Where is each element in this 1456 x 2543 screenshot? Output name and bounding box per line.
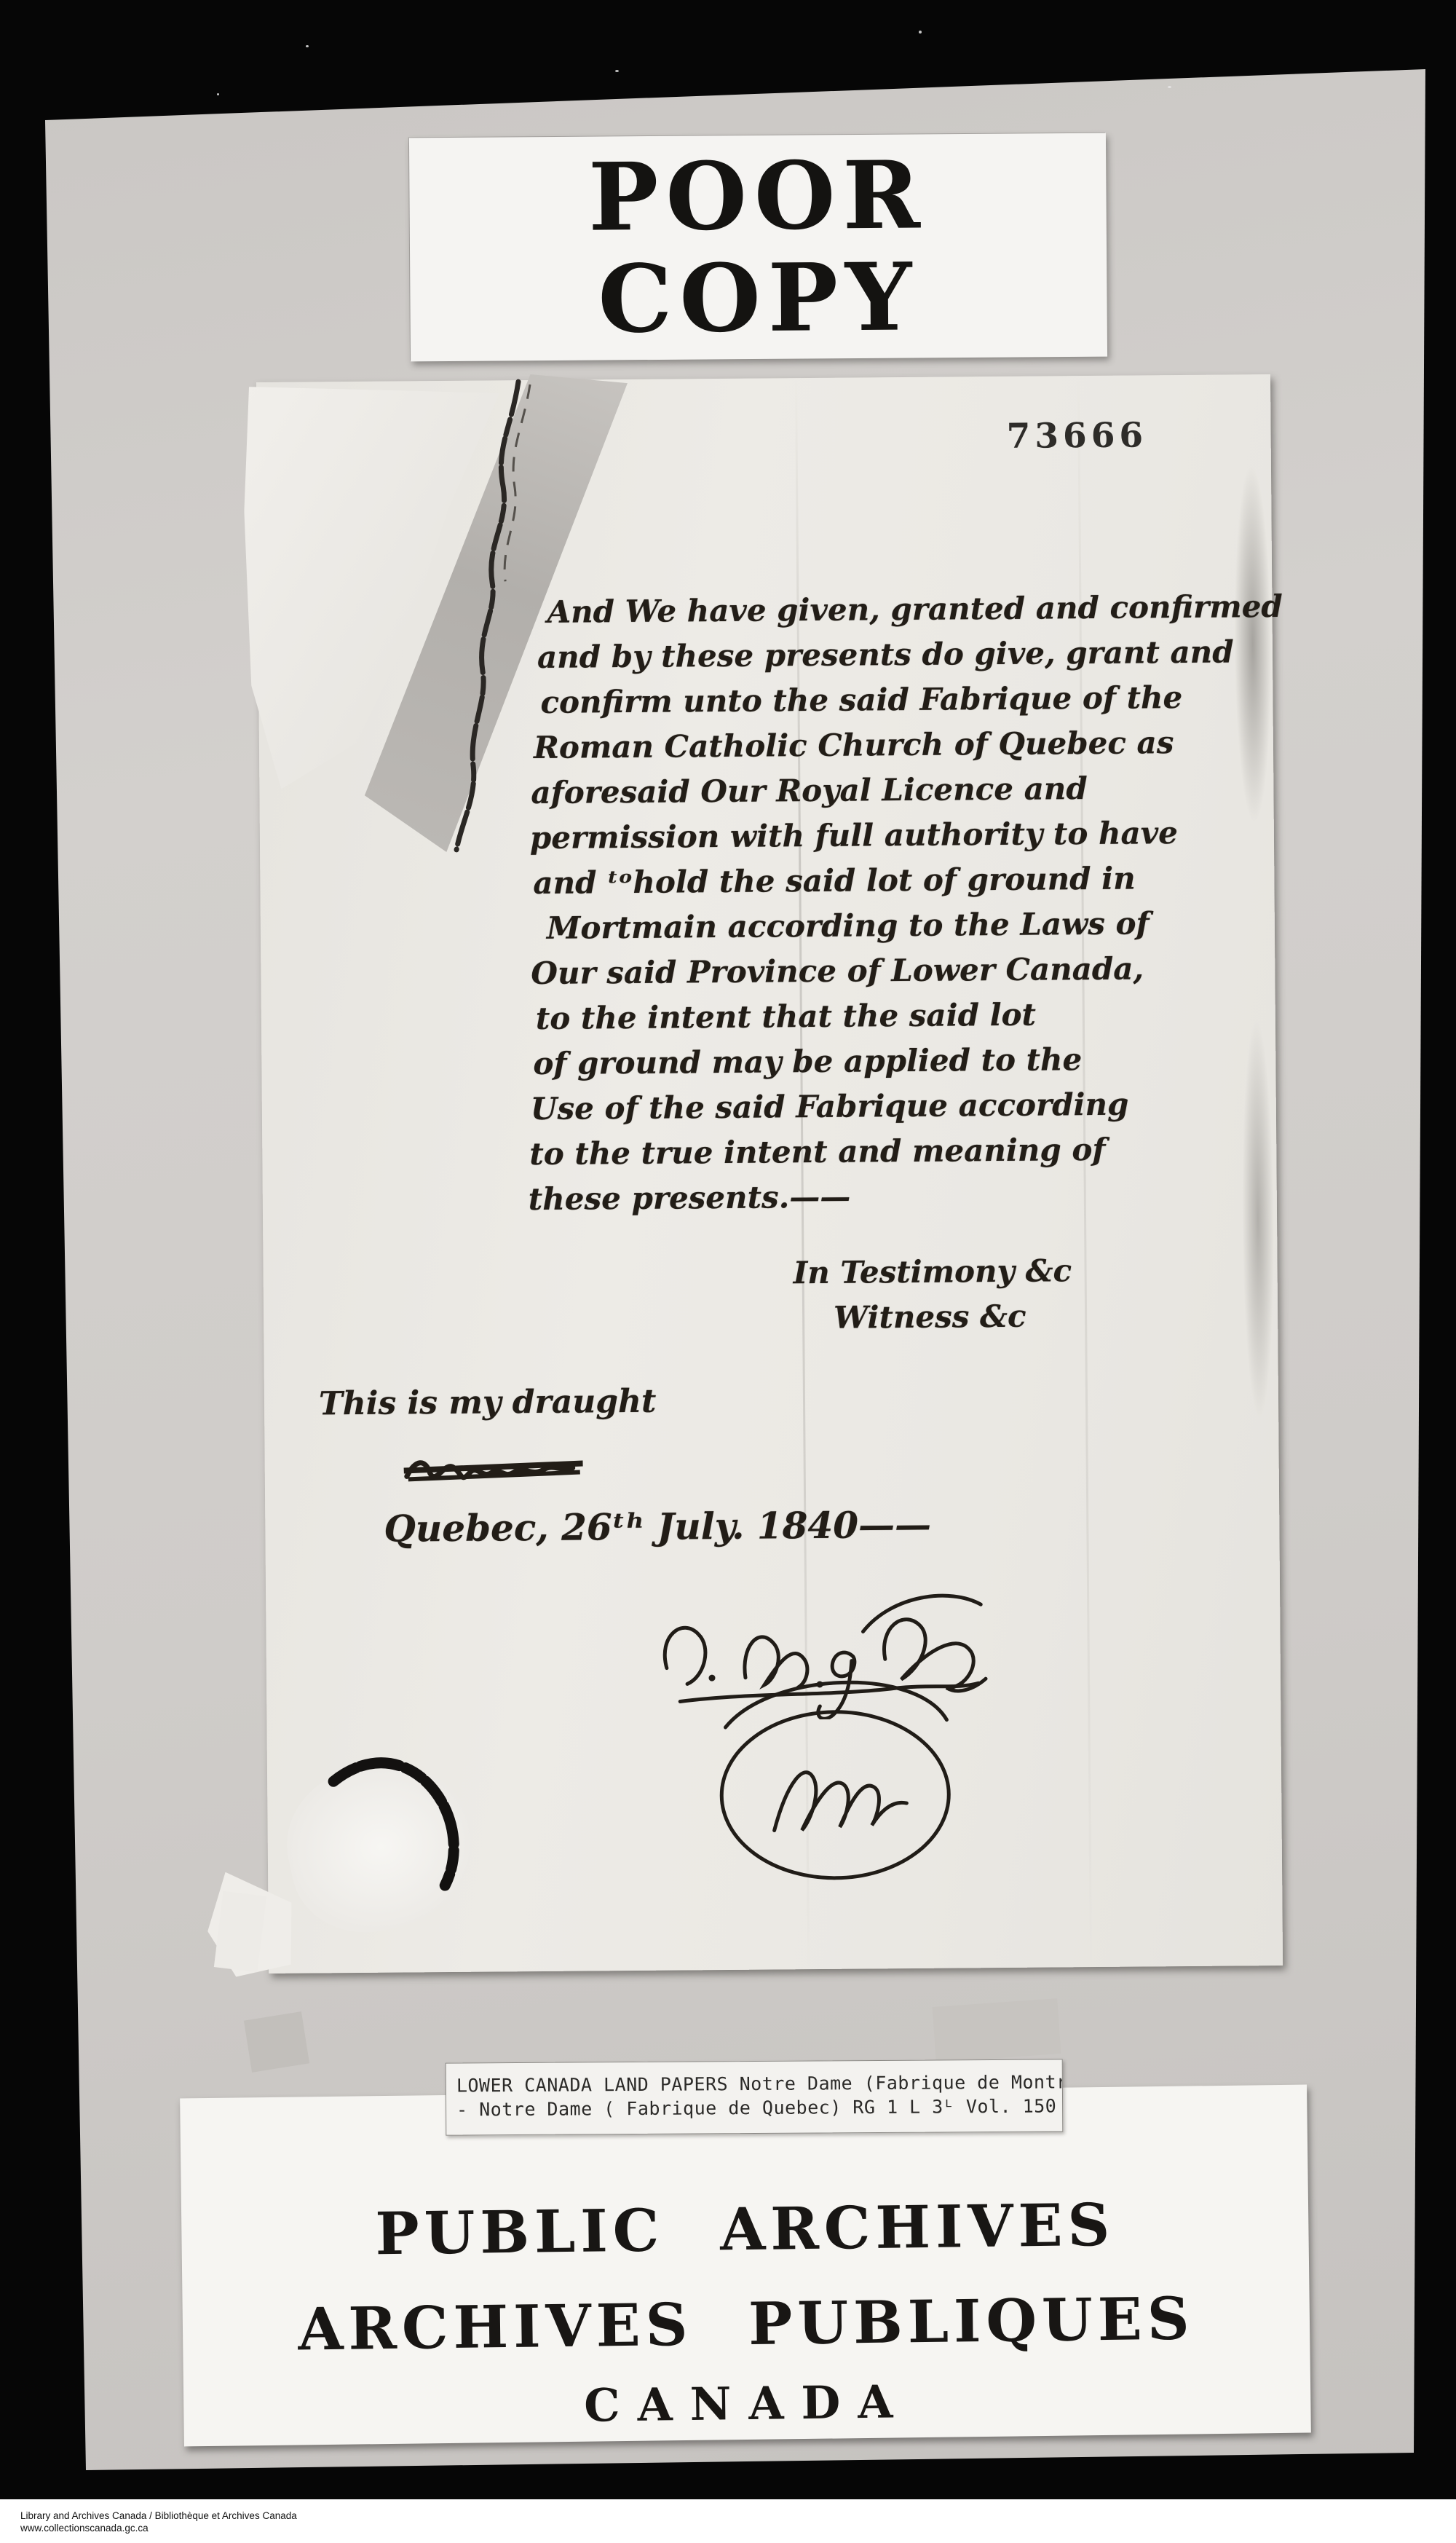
lac-footer: Library and Archives Canada / Bibliothèq… bbox=[20, 2510, 297, 2534]
footer-url: www.collectionscanada.gc.ca bbox=[20, 2522, 297, 2534]
tape-piece bbox=[933, 1998, 1061, 2062]
poor-copy-stamp-card: POOR COPY bbox=[409, 133, 1107, 362]
torn-hole-dark-edge bbox=[307, 1730, 491, 1913]
dust-speck bbox=[615, 70, 619, 72]
dust-speck bbox=[217, 93, 219, 95]
handwritten-line: Our said Province of Lower Canada, bbox=[531, 945, 1267, 996]
handwritten-line: aforesaid Our Royal Licence and bbox=[531, 765, 1266, 816]
handwritten-line: Roman Catholic Church of Quebec as bbox=[534, 719, 1266, 770]
handwritten-line: And We have given, granted and confirmed bbox=[547, 584, 1265, 635]
dust-speck bbox=[1168, 86, 1171, 88]
handwritten-line: Witness &c bbox=[834, 1292, 1270, 1341]
handwritten-line: to the intent that the said lot bbox=[536, 990, 1268, 1041]
archive-reference-label: LOWER CANADA LAND PAPERS Notre Dame (Fab… bbox=[446, 2059, 1064, 2135]
archive-label-line1: LOWER CANADA LAND PAPERS Notre Dame (Fab… bbox=[446, 2070, 1062, 2097]
crossed-out-word-scribble bbox=[400, 1440, 582, 1489]
banner-line-canada: CANADA bbox=[183, 2370, 1311, 2437]
handwritten-line: confirm unto the said Fabrique of the bbox=[540, 674, 1265, 725]
handwritten-line: of ground may be applied to the bbox=[533, 1036, 1268, 1087]
poor-copy-line2: COPY bbox=[410, 245, 1107, 352]
public-archives-banner: PUBLIC ARCHIVES ARCHIVES PUBLIQUES CANAD… bbox=[180, 2085, 1311, 2447]
tape-piece bbox=[244, 2011, 309, 2073]
reference-number-stamp: 73666 bbox=[1006, 415, 1147, 457]
tape-piece bbox=[214, 1891, 266, 1973]
footer-institution: Library and Archives Canada / Bibliothèq… bbox=[20, 2510, 297, 2522]
handwritten-line: In Testimony &c bbox=[793, 1247, 1270, 1296]
handwritten-line: these presents.—— bbox=[529, 1171, 1270, 1222]
archive-label-line2: - Notre Dame ( Fabrique de Quebec) RG 1 … bbox=[446, 2094, 1062, 2121]
document-page: 73666 And We have given, granted and con… bbox=[256, 374, 1283, 1974]
handwritten-line: Mortmain according to the Laws of bbox=[547, 900, 1267, 951]
banner-line-english: PUBLIC ARCHIVES bbox=[181, 2188, 1309, 2271]
draught-note: This is my draught bbox=[319, 1383, 657, 1423]
poor-copy-line1: POOR bbox=[409, 143, 1107, 251]
handwritten-line: to the true intent and meaning of bbox=[529, 1126, 1269, 1177]
handwritten-line: Use of the said Fabrique according bbox=[531, 1081, 1269, 1132]
banner-line-french: ARCHIVES PUBLIQUES bbox=[182, 2283, 1310, 2365]
dust-speck bbox=[919, 31, 922, 33]
handwritten-body: And We have given, granted and confirmed… bbox=[537, 584, 1270, 1343]
dust-speck bbox=[306, 45, 309, 47]
handwritten-line: permission with full authority to have bbox=[530, 810, 1267, 861]
handwritten-line: and by these presents do give, grant and bbox=[537, 629, 1265, 680]
signature-encircled bbox=[712, 1679, 961, 1892]
place-date-line: Quebec, 26ᵗʰ July. 1840—— bbox=[384, 1503, 931, 1550]
handwritten-line: and ᵗᵒhold the said lot of ground in bbox=[533, 855, 1267, 906]
